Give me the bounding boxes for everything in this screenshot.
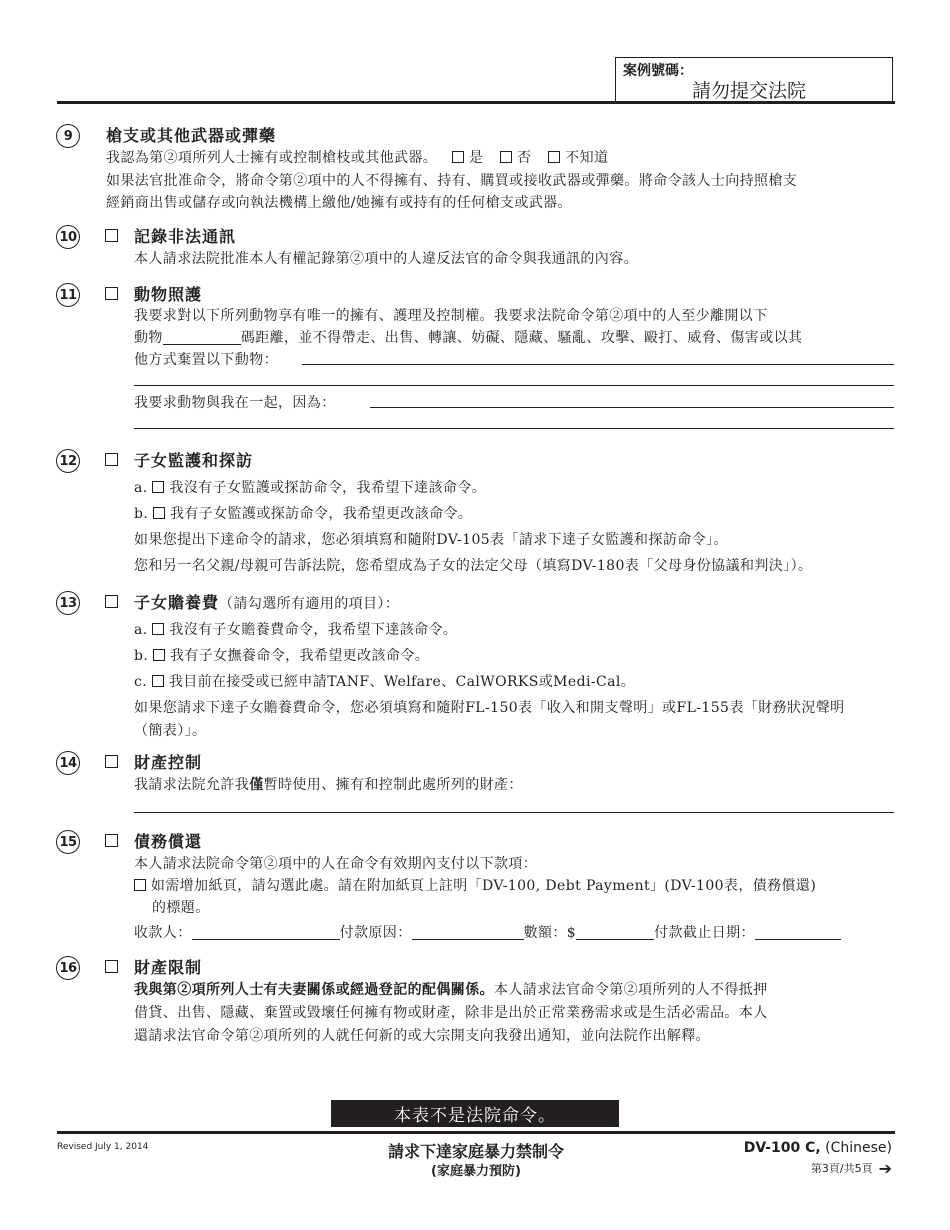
not-court-order-banner: 本表不是法院命令。 — [331, 1100, 619, 1127]
item-10-checkbox[interactable] — [105, 229, 118, 242]
item-11-animal-label: 動物 — [134, 330, 163, 346]
item-16-checkbox[interactable] — [105, 960, 118, 973]
item-9-no-label: 否 — [517, 150, 531, 166]
item-10-title: 記錄非法通訊 — [134, 224, 236, 247]
item-15-line1: 本人請求法院命令第②項中的人在命令有效期內支付以下款項： — [134, 853, 537, 873]
item-13-option-a: a. 我沒有子女贍養費命令，我希望下達該命令。 — [134, 619, 457, 639]
case-number-label: 案例號碼： — [623, 60, 693, 80]
item-11-animals-field-2[interactable] — [134, 385, 894, 386]
item-9-no-checkbox[interactable] — [500, 151, 512, 163]
item-12-option-b: b. 我有子女監護或探訪命令，我希望更改該命令。 — [134, 503, 472, 523]
item-11-line2-text: 碼距離，並不得帶走、出售、轉讓、妨礙、隱藏、騷亂、攻擊、毆打、威脅、傷害或以其 — [241, 330, 803, 346]
item-12-title: 子女監護和探訪 — [134, 448, 253, 471]
item-14-title: 財產控制 — [134, 750, 202, 773]
item-number-12: 12 — [56, 449, 80, 473]
item-16-marital-statement: 我與第②項所列人士有夫妻關係或經過登記的配偶關係。 — [134, 982, 494, 998]
item-9-statement: 我認為第②項所列人士擁有或控制槍枝或其他武器。 是 否 不知道 — [106, 147, 608, 167]
item-14-line1: 我請求法院允許我僅暫時使用、擁有和控制此處所列的財產： — [134, 774, 523, 794]
item-9-unknown-label: 不知道 — [565, 150, 608, 166]
item-16-line2: 借貸、出售、隱藏、棄置或毀壞任何擁有物或財產，除非是出於正常業務需求或是生活必需… — [134, 1002, 768, 1022]
item-12a-checkbox[interactable] — [152, 481, 164, 493]
item-number-15: 15 — [56, 830, 80, 854]
footer-divider — [57, 1131, 895, 1134]
item-11-distance-field[interactable] — [163, 330, 241, 345]
item-12-checkbox[interactable] — [105, 453, 118, 466]
option-letter: c. — [134, 674, 147, 690]
item-number-11: 11 — [56, 283, 80, 307]
item-number-13: 13 — [56, 591, 80, 615]
due-date-field[interactable] — [755, 925, 841, 940]
item-15-title: 債務償還 — [134, 829, 202, 852]
option-letter: b. — [134, 648, 148, 664]
reason-field[interactable] — [412, 925, 524, 940]
form-language: (Chinese) — [821, 1140, 892, 1156]
item-9-unknown-checkbox[interactable] — [548, 151, 560, 163]
item-13c-checkbox[interactable] — [152, 675, 164, 687]
item-13-note1: 如果您請求下達子女贍養費命令，您必須填寫和隨附FL-150表「收入和開支聲明」或… — [134, 697, 845, 717]
item-number-16: 16 — [56, 956, 80, 980]
item-11-line2: 動物碼距離，並不得帶走、出售、轉讓、妨礙、隱藏、騷亂、攻擊、毆打、威脅、傷害或以… — [134, 327, 802, 347]
form-title: 請求下達家庭暴力禁制令 — [300, 1139, 652, 1162]
form-id: DV-100 C, (Chinese) — [744, 1140, 892, 1156]
item-14-text-bold: 僅 — [249, 777, 263, 793]
item-9-yes-label: 是 — [469, 150, 483, 166]
form-code: DV-100 C, — [744, 1140, 821, 1156]
item-11-line4: 我要求動物與我在一起，因為： — [134, 392, 336, 412]
item-13-title-note: （請勾選所有適用的項目）： — [219, 596, 399, 612]
form-subtitle: (家庭暴力預防) — [300, 1160, 652, 1179]
item-11-line1: 我要求對以下所列動物享有唯一的擁有、護理及控制權。我要求法院命令第②項中的人至少… — [134, 305, 768, 325]
item-16-title: 財產限制 — [134, 955, 202, 978]
item-16-line1: 我與第②項所列人士有夫妻關係或經過登記的配偶關係。本人請求法官命令第②項所列的人… — [134, 979, 768, 999]
item-9-yes-checkbox[interactable] — [452, 151, 464, 163]
option-letter: b. — [134, 506, 148, 522]
item-14-property-field[interactable] — [134, 812, 894, 813]
case-number-box: 案例號碼： 請勿提交法院 — [615, 57, 893, 101]
item-10-line1: 本人請求法院批准本人有權記錄第②項中的人違反法官的命令與我通訊的內容。 — [134, 248, 638, 268]
item-9-statement-text: 我認為第②項所列人士擁有或控制槍枝或其他武器。 — [106, 150, 437, 166]
page-indicator: 第3頁/共5頁➔ — [811, 1159, 892, 1178]
item-11-animals-field-1[interactable] — [302, 364, 894, 365]
arrow-right-icon[interactable]: ➔ — [879, 1159, 892, 1178]
amount-label: 數額：$ — [524, 925, 577, 941]
amount-field[interactable] — [576, 925, 654, 940]
item-9-line2: 如果法官批准命令，將命令第②項中的人不得擁有、持有、購買或接收武器或彈藥。將命令… — [106, 170, 797, 190]
item-16-line1-rest: 本人請求法官命令第②項所列的人不得抵押 — [494, 982, 768, 998]
item-14-checkbox[interactable] — [105, 755, 118, 768]
item-12-note2: 您和另一名父親/母親可告訴法院，您希望成為子女的法定父母（填寫DV-180表「父… — [134, 555, 812, 575]
item-number-9: 9 — [56, 124, 80, 148]
item-13-note2: （簡表）」。 — [134, 720, 206, 740]
item-13-heading: 子女贍養費（請勾選所有適用的項目）： — [134, 590, 399, 613]
item-11-reason-field-1[interactable] — [370, 407, 894, 408]
payee-label: 收款人： — [134, 925, 192, 941]
item-15-payment-row: 收款人：付款原因：數額：$付款截止日期： — [134, 922, 841, 942]
option-letter: a. — [134, 622, 148, 638]
item-11-reason-field-2[interactable] — [134, 428, 894, 429]
item-14-text-a: 我請求法院允許我 — [134, 777, 249, 793]
item-13-option-b: b. 我有子女撫養命令，我希望更改該命令。 — [134, 645, 429, 665]
page-number: 第3頁/共5頁 — [811, 1162, 873, 1175]
payee-field[interactable] — [192, 925, 340, 940]
item-15-extra-page: 如需增加紙頁，請勾選此處。請在附加紙頁上註明「DV-100, Debt Paym… — [134, 875, 816, 895]
revised-date: Revised July 1, 2014 — [57, 1142, 148, 1152]
item-11-checkbox[interactable] — [105, 287, 118, 300]
case-number-note: 請勿提交法院 — [692, 76, 806, 103]
item-number-14: 14 — [56, 751, 80, 775]
item-12-option-a: a. 我沒有子女監護或探訪命令，我希望下達該命令。 — [134, 477, 486, 497]
item-13-checkbox[interactable] — [105, 595, 118, 608]
item-15-extra-page-2: 的標題。 — [152, 897, 210, 917]
item-13-title: 子女贍養費 — [134, 593, 219, 612]
item-13b-checkbox[interactable] — [153, 649, 165, 661]
header-divider — [57, 101, 895, 104]
item-16-line3: 還請求法官命令第②項所列的人就任何新的或大宗開支向我發出通知，並向法院作出解釋。 — [134, 1025, 710, 1045]
item-11-title: 動物照護 — [134, 282, 202, 305]
item-13a-checkbox[interactable] — [152, 623, 164, 635]
item-number-10: 10 — [56, 225, 80, 249]
item-14-text-b: 暫時使用、擁有和控制此處所列的財產： — [264, 777, 523, 793]
item-15-extra-page-checkbox[interactable] — [134, 879, 146, 891]
item-15-checkbox[interactable] — [105, 834, 118, 847]
item-9-line3: 經銷商出售或儲存或向執法機構上繳他/她擁有或持有的任何槍支或武器。 — [106, 192, 572, 212]
reason-label: 付款原因： — [340, 925, 412, 941]
item-12b-checkbox[interactable] — [153, 507, 165, 519]
item-11-line3: 他方式棄置以下動物： — [134, 349, 278, 369]
item-12a-label: 我沒有子女監護或探訪命令，我希望下達該命令。 — [169, 480, 486, 496]
item-15-extra-page-label: 如需增加紙頁，請勾選此處。請在附加紙頁上註明「DV-100, Debt Paym… — [151, 878, 816, 894]
item-12b-label: 我有子女監護或探訪命令，我希望更改該命令。 — [170, 506, 472, 522]
option-letter: a. — [134, 480, 148, 496]
item-12-note1: 如果您提出下達命令的請求，您必須填寫和隨附DV-105表「請求下達子女監護和探訪… — [134, 529, 728, 549]
item-13-option-c: c. 我目前在接受或已經申請TANF、Welfare、CalWORKS或Medi… — [134, 671, 635, 691]
item-13a-label: 我沒有子女贍養費命令，我希望下達該命令。 — [169, 622, 457, 638]
due-date-label: 付款截止日期： — [654, 925, 755, 941]
item-13c-label: 我目前在接受或已經申請TANF、Welfare、CalWORKS或Medi-Ca… — [169, 674, 635, 690]
item-9-title: 槍支或其他武器或彈藥 — [106, 123, 276, 146]
item-13b-label: 我有子女撫養命令，我希望更改該命令。 — [170, 648, 429, 664]
